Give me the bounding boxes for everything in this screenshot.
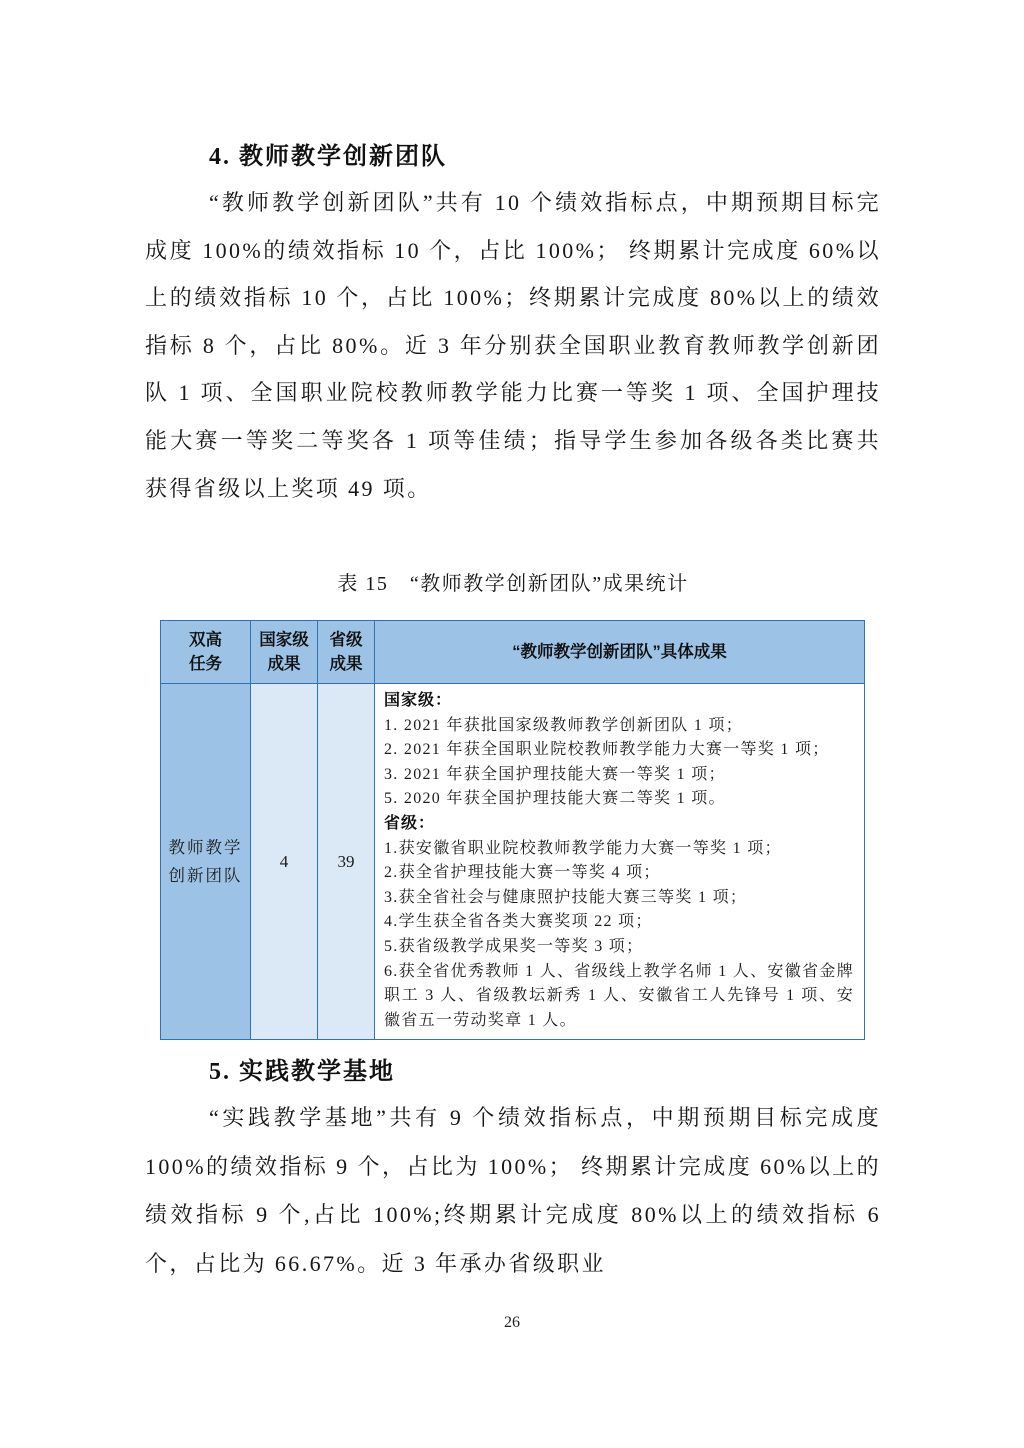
provincial-item-1: 1.获安徽省职业院校教师教学能力大赛一等奖 1 项；: [384, 837, 854, 862]
section-4-heading: 4. 教师教学创新团队: [209, 136, 447, 171]
header-provincial-achievements: 省级 成果: [318, 621, 375, 683]
cell-provincial-count: 39: [318, 684, 375, 1039]
provincial-level-label: 省级：: [384, 812, 854, 837]
table-15: 双高 任务 国家级 成果 省级 成果 “教师教学创新团队”具体成果 教师教学 创…: [160, 620, 865, 1040]
document-page: 4. 教师教学创新团队 “教师教学创新团队”共有 10 个绩效指标点，中期预期目…: [0, 0, 1024, 1448]
cell-task-name: 教师教学 创新团队: [161, 684, 251, 1039]
national-item-1: 1. 2021 年获批国家级教师教学创新团队 1 项；: [384, 714, 854, 739]
task-name-text: 教师教学 创新团队: [166, 834, 246, 890]
national-item-4: 5. 2020 年获全国护理技能大赛二等奖 1 项。: [384, 787, 854, 812]
provincial-item-5: 5.获省级教学成果奖一等奖 3 项；: [384, 935, 854, 960]
section-4-paragraph: “教师教学创新团队”共有 10 个绩效指标点，中期预期目标完成度 100%的绩效…: [145, 179, 881, 512]
header-shuanggao-task: 双高 任务: [161, 621, 251, 683]
cell-national-count: 4: [251, 684, 318, 1039]
provincial-item-2: 2.获全省护理技能大赛一等奖 4 项；: [384, 861, 854, 886]
header-national-achievements: 国家级 成果: [251, 621, 318, 683]
national-item-3: 3. 2021 年获全国护理技能大赛一等奖 1 项；: [384, 763, 854, 788]
provincial-item-4: 4.学生获全省各类大赛奖项 22 项；: [384, 910, 854, 935]
national-item-2: 2. 2021 年获全国职业院校教师教学能力大赛一等奖 1 项；: [384, 738, 854, 763]
cell-achievement-details: 国家级： 1. 2021 年获批国家级教师教学创新团队 1 项； 2. 2021…: [375, 684, 864, 1039]
page-number: 26: [0, 1314, 1024, 1332]
section-5-paragraph: “实践教学基地”共有 9 个绩效指标点，中期预期目标完成度 100%的绩效指标 …: [145, 1094, 881, 1288]
table-data-row: 教师教学 创新团队 4 39 国家级： 1. 2021 年获批国家级教师教学创新…: [161, 684, 864, 1039]
header-specific-achievements: “教师教学创新团队”具体成果: [375, 621, 864, 683]
provincial-item-3: 3.获全省社会与健康照护技能大赛三等奖 1 项；: [384, 886, 854, 911]
national-level-label: 国家级：: [384, 689, 854, 714]
table-header-row: 双高 任务 国家级 成果 省级 成果 “教师教学创新团队”具体成果: [161, 621, 864, 684]
table-15-caption: 表 15 “教师教学创新团队”成果统计: [145, 567, 881, 596]
provincial-item-6: 6.获全省优秀教师 1 人、省级线上教学名师 1 人、安徽省金牌职工 3 人、省…: [384, 960, 854, 1034]
section-5-heading: 5. 实践教学基地: [209, 1051, 395, 1086]
